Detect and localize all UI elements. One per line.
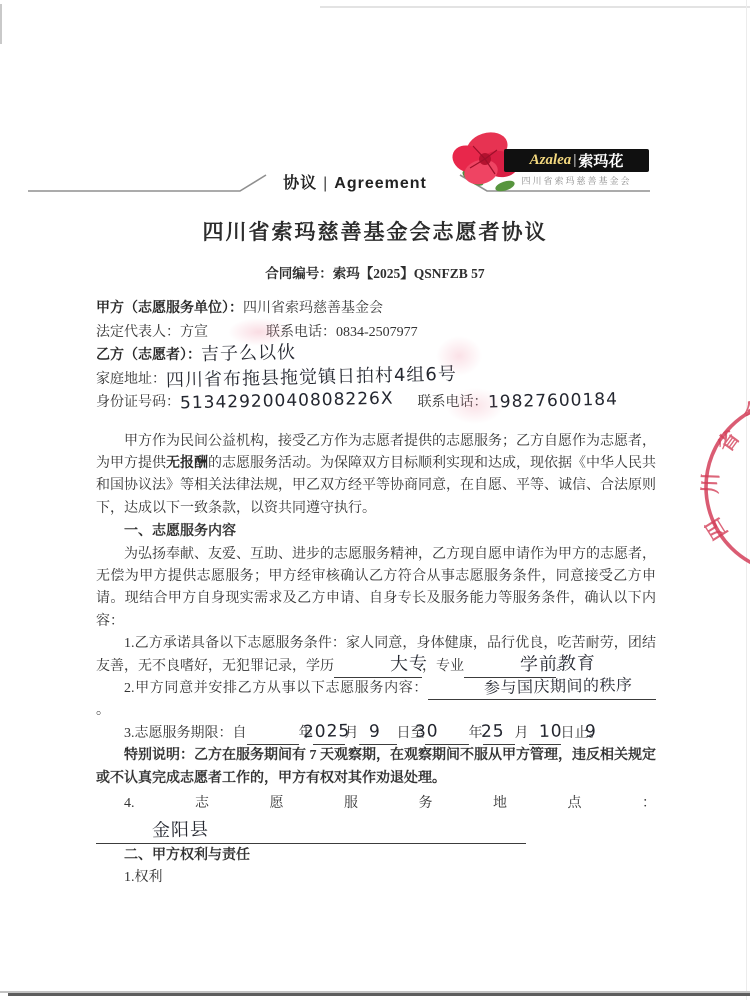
address-row: 家庭地址：四川省布拖县拖觉镇日拍村4组6号	[96, 368, 656, 392]
legal-rep-label: 法定代表人：	[96, 325, 180, 340]
clause-3-text: 3.志愿服务期限：自	[124, 726, 247, 741]
id-label: 身份证号码：	[96, 395, 180, 410]
start-month-handwritten: 9	[340, 724, 380, 742]
logo-brand-separator: |	[571, 152, 578, 169]
major-blank: 学前教育	[464, 656, 556, 678]
service-location-blank: 金阳县	[96, 822, 526, 844]
legal-rep-row: 法定代表人：方宣联系电话：0834-2507977	[96, 321, 656, 345]
party-b-label: 乙方（志愿者）：	[96, 348, 201, 363]
end-day-handwritten: 9	[556, 724, 596, 742]
start-year-handwritten: 2025	[274, 723, 350, 742]
logo-org-name: 四川省索玛慈善基金会	[504, 174, 649, 187]
section-1-heading: 一、志愿服务内容	[96, 521, 656, 543]
scan-edge-bottom	[8, 993, 750, 996]
intro-text-bold: 无报酬	[166, 456, 208, 471]
party-a-value: 四川省索玛慈善基金会	[243, 301, 383, 316]
end-year-handwritten: 25	[452, 724, 504, 742]
clause-4-text: 4.志愿服务地点：	[124, 796, 656, 811]
subsection-rights: 1.权利	[96, 867, 656, 889]
legal-rep-value: 方宣	[180, 325, 208, 340]
party-b-row: 乙方（志愿者）：吉子么以伙	[96, 344, 656, 368]
id-handwritten: 51342920040808226X	[180, 391, 394, 413]
page-title: 四川省索玛慈善基金会志愿者协议	[0, 216, 750, 246]
clause-4: 4.志愿服务地点：金阳县	[96, 790, 656, 844]
contract-number: 合同编号：索玛【2025】QSNFZB 57	[0, 262, 750, 282]
seal-char: 川	[698, 472, 723, 494]
phone-b-label: 联系电话：	[418, 395, 488, 410]
seal-char: 省	[713, 426, 745, 457]
agreement-body: 甲方（志愿服务单位）：四川省索玛慈善基金会 法定代表人：方宣联系电话：0834-…	[96, 297, 656, 890]
major-handwritten: 学前教育	[492, 655, 596, 675]
id-row: 身份证号码：51342920040808226X联系电话：19827600184	[96, 391, 656, 415]
band-separator: |	[317, 175, 334, 192]
clause-1: 1.乙方承诺具备以下志愿服务条件：家人同意，身体健康，品行优良，吃苦耐劳，团结友…	[96, 633, 656, 678]
logo-brand-cn: 索玛花	[578, 150, 623, 171]
end-month-handwritten: 10	[510, 724, 562, 742]
education-blank: 大专	[334, 656, 422, 678]
party-a-label: 甲方（志愿服务单位）：	[96, 301, 243, 316]
section-2-heading: 二、甲方权利与责任	[96, 845, 656, 867]
special-note: 特别说明：乙方在服务期间有 7 天观察期，在观察期间不服从甲方管理，违反相关规定…	[96, 745, 656, 790]
phone-a-label: 联系电话：	[266, 325, 336, 340]
seal-char: 会	[739, 396, 750, 426]
section-1-paragraph: 为弘扬奉献、友爱、互助、进步的志愿服务精神，乙方现自愿申请作为甲方的志愿者，无偿…	[96, 544, 656, 634]
clause-1-mid: ，专业	[422, 659, 464, 674]
phone-b-handwritten: 19827600184	[487, 392, 617, 412]
header-band-title: 协议|Agreement	[255, 170, 455, 193]
start-year-blank: 2025	[247, 724, 299, 745]
logo-wordmark: Azalea|索玛花	[504, 149, 649, 172]
scan-edge-left	[0, 4, 2, 44]
special-note-label: 特别说明：	[124, 748, 194, 763]
clause-2-text: 2.甲方同意并安排乙方从事以下志愿服务内容：	[124, 681, 428, 696]
education-handwritten: 大专	[362, 655, 428, 674]
service-content-blank: 参与国庆期间的秩序	[428, 679, 656, 700]
clause-2: 2.甲方同意并安排乙方从事以下志愿服务内容：参与国庆期间的秩序。	[96, 678, 656, 723]
scan-edge-top	[320, 6, 750, 8]
party-b-handwritten-name: 吉子么以伙	[201, 344, 296, 364]
scanned-agreement-page: 协议|Agreement Azalea|索玛花 四川省索玛慈善基金会 四川省索玛…	[0, 0, 750, 1000]
seal-char: 四	[701, 514, 732, 545]
start-day-handwritten: 30	[386, 724, 438, 742]
band-label-en: Agreement	[334, 175, 427, 192]
service-content-handwritten: 参与国庆期间的秩序	[456, 677, 633, 697]
official-seal-partial: 会 省 川 四	[688, 396, 750, 584]
band-label-cn: 协议	[283, 175, 317, 192]
parties-block: 甲方（志愿服务单位）：四川省索玛慈善基金会 法定代表人：方宣联系电话：0834-…	[96, 297, 656, 415]
phone-a-value: 0834-2507977	[336, 325, 418, 340]
clause-3: 3.志愿服务期限：自2025年9月30日至25年10月9日止。	[96, 723, 656, 745]
logo-brand-en: Azalea	[530, 152, 572, 169]
address-handwritten: 四川省布拖县拖觉镇日拍村4组6号	[166, 365, 457, 390]
clause-2-end: 。	[96, 703, 110, 718]
address-label: 家庭地址：	[96, 372, 166, 387]
intro-paragraph: 甲方作为民间公益机构，接受乙方作为志愿者提供的志愿服务；乙方自愿作为志愿者，为甲…	[96, 431, 656, 521]
service-location-handwritten: 金阳县	[124, 821, 209, 841]
party-a-row: 甲方（志愿服务单位）：四川省索玛慈善基金会	[96, 297, 656, 321]
